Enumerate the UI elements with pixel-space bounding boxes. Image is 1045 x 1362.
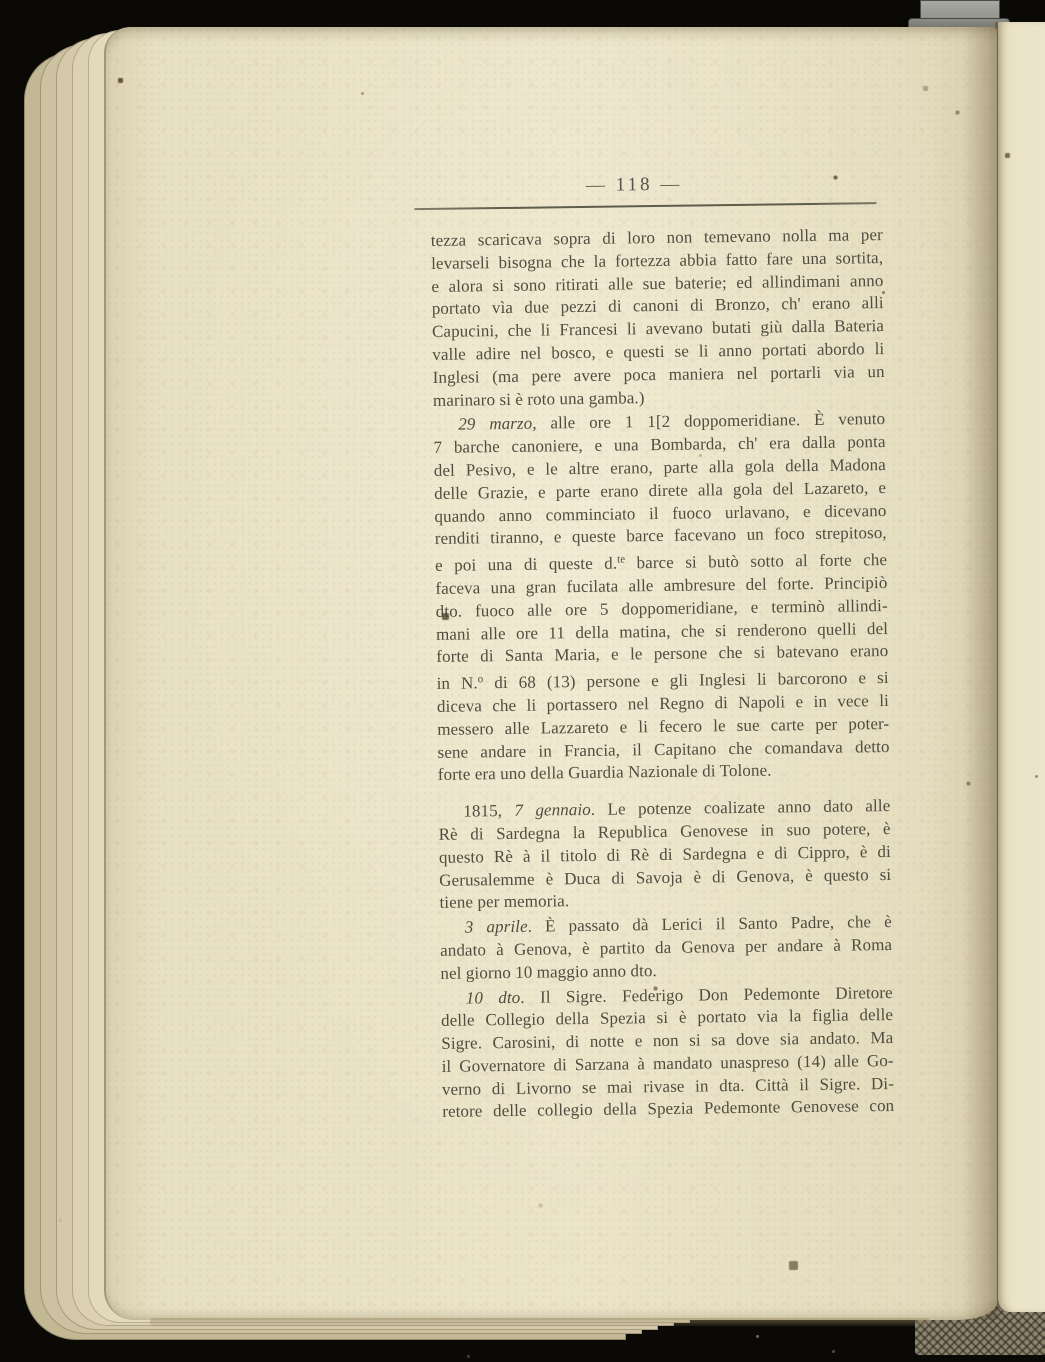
page-number: — 118 — <box>408 171 860 199</box>
printed-text-block: — 118 — tezza scaricava sopra di loro no… <box>430 171 894 1124</box>
body-paragraph: 3 aprile. È passato dà Lerici il Santo P… <box>440 911 893 985</box>
body-paragraph: tezza scaricava sopra di loro non temeva… <box>431 224 885 412</box>
body-paragraph: 1815, 7 gennaio. Le potenze coalizate an… <box>438 795 891 915</box>
text-body: tezza scaricava sopra di loro non temeva… <box>431 224 895 1124</box>
scan-background: { "document": { "page_number": "— 118 —"… <box>0 0 1045 1362</box>
background-dust <box>0 0 1 1</box>
body-paragraph: 10 dto. Il Sigre. Federigo Don Pedemonte… <box>441 981 895 1124</box>
page-bottom-edge <box>150 1318 930 1326</box>
text-line: tiene per memoria. <box>439 886 891 915</box>
text-line: forte era uno della Guardia Nazionale di… <box>438 758 890 787</box>
header-rule <box>414 202 876 210</box>
body-paragraph: 29 marzo, alle ore 1 1[2 doppomeridiane.… <box>433 408 890 787</box>
next-page-edge <box>995 22 1045 1312</box>
